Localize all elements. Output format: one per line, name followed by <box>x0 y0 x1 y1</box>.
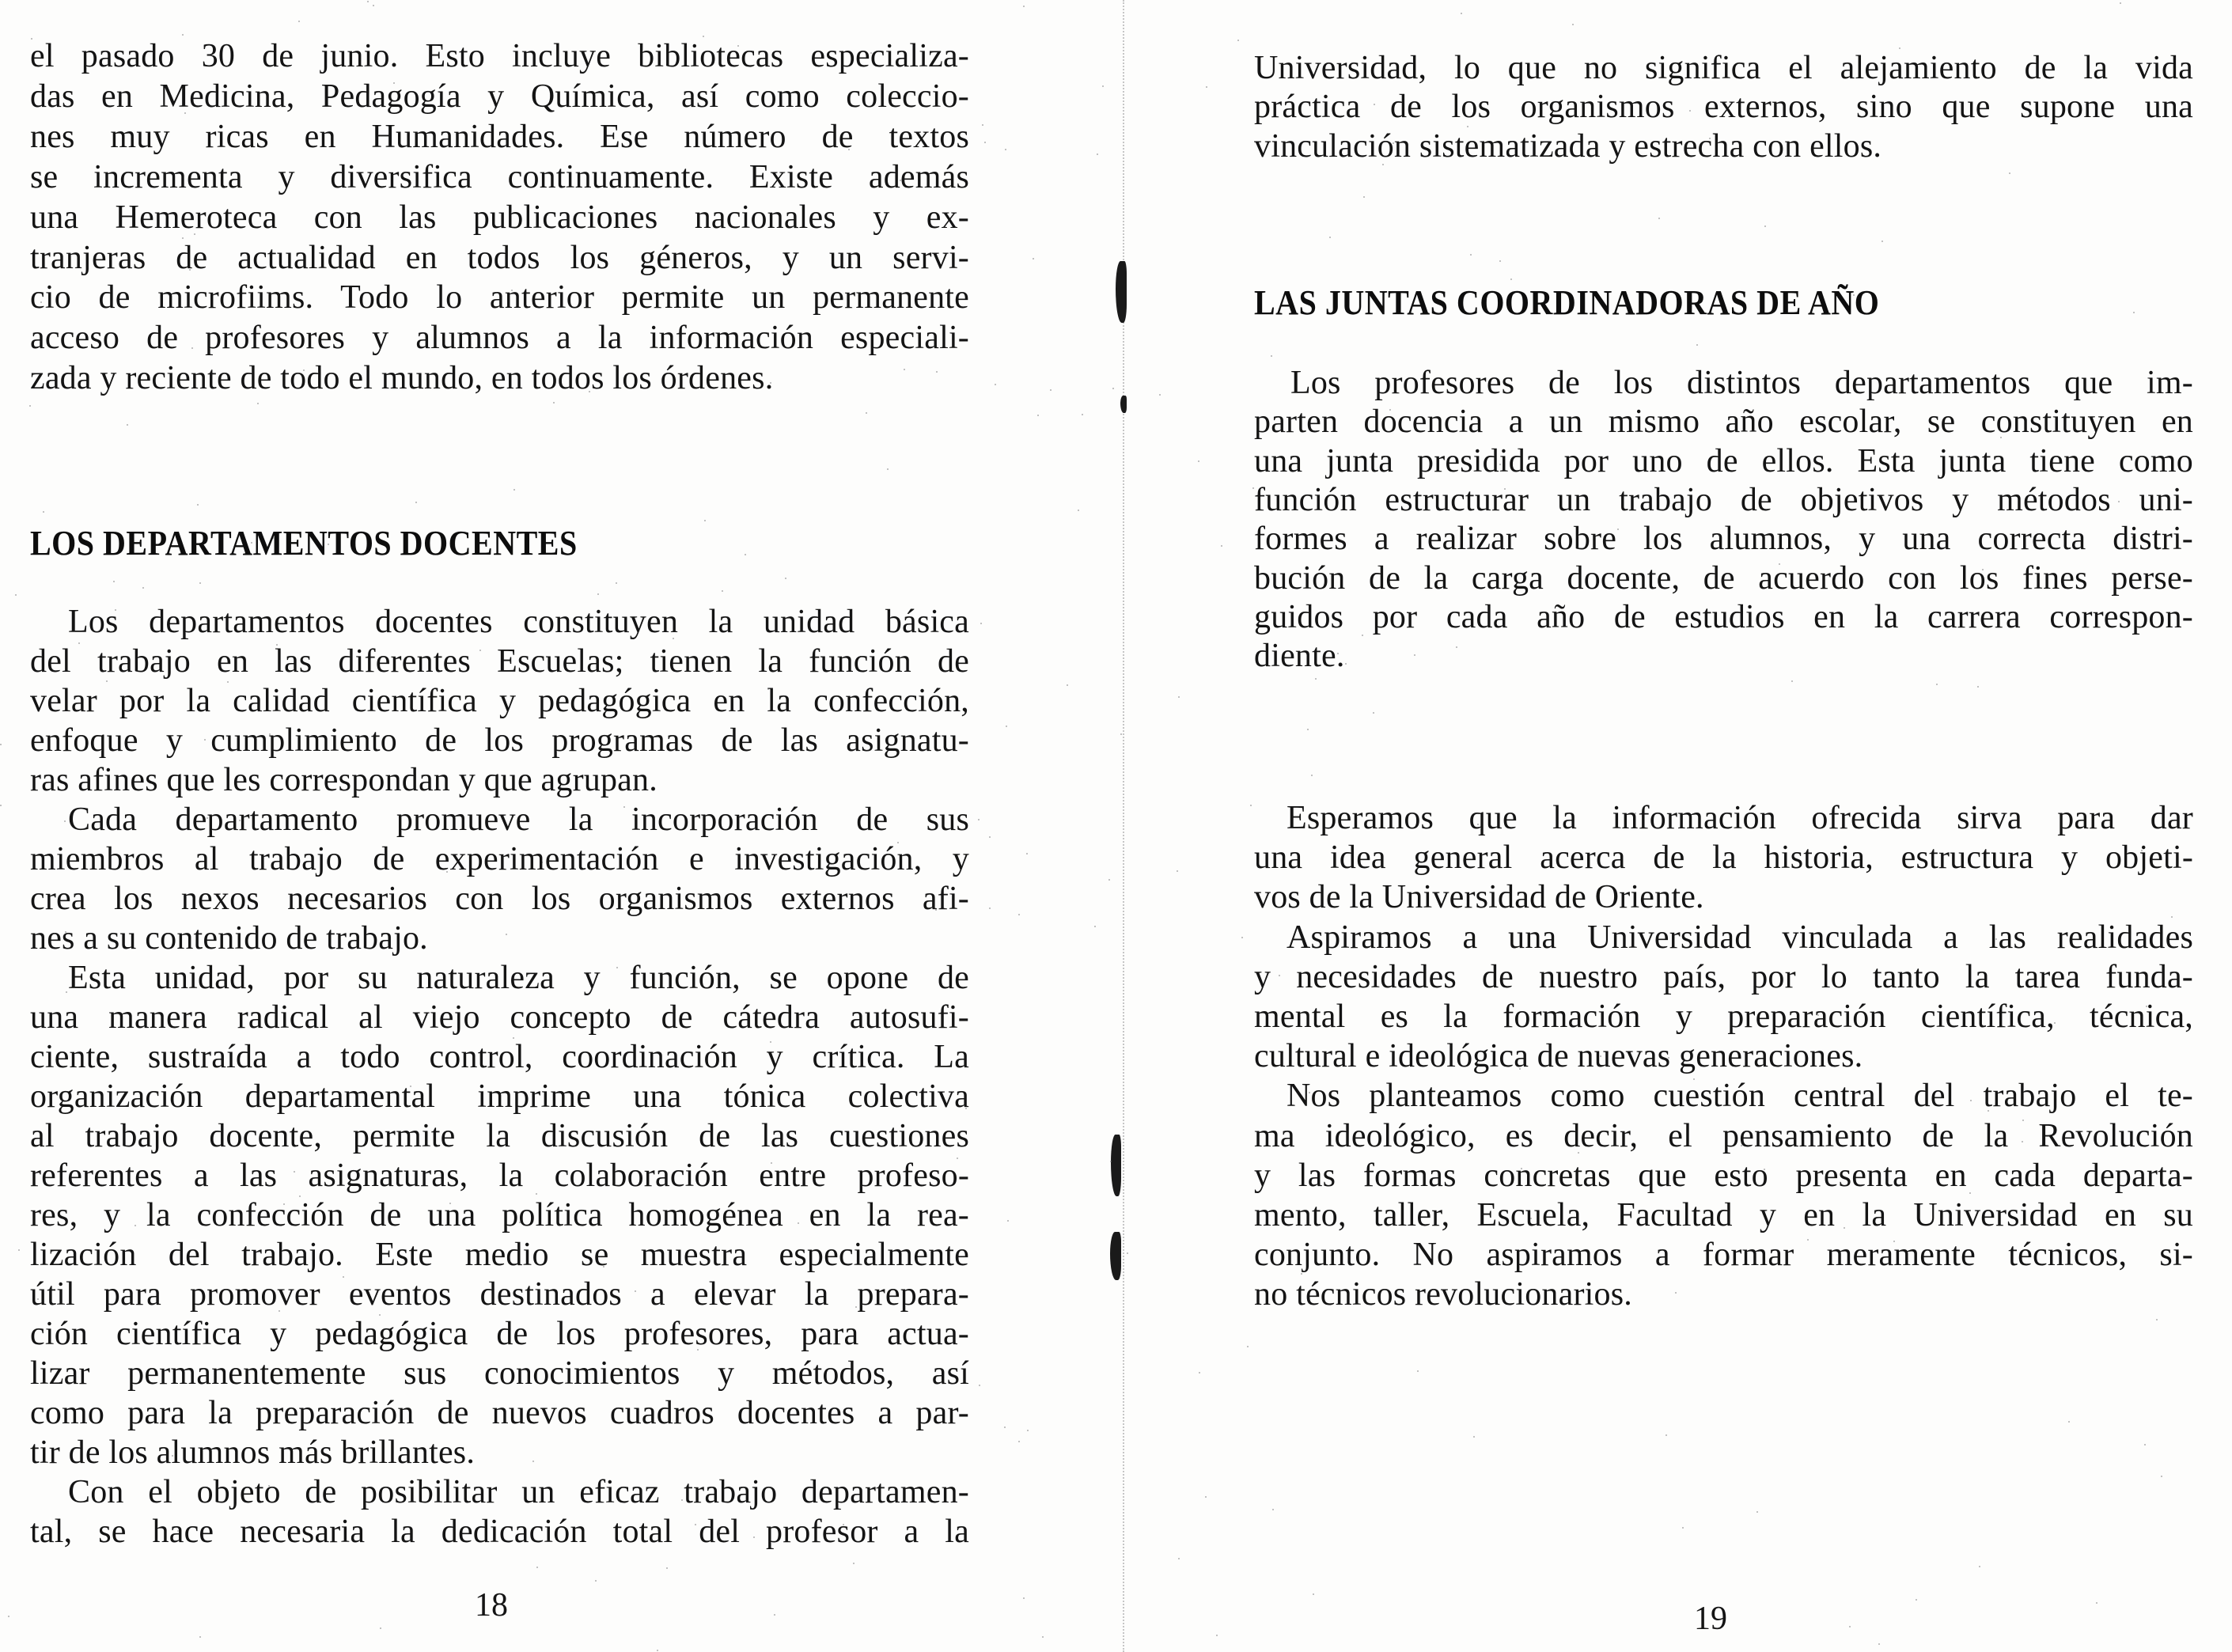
page-number: 19 <box>1663 1599 1758 1639</box>
text-line: referentes a las asignaturas, la colabor… <box>30 1156 969 1195</box>
text-line: cio de microfiims. Todo lo anterior perm… <box>30 278 969 317</box>
text-line: cultural e ideológica de nuevas generaci… <box>1254 1036 2193 1076</box>
text-line: tranjeras de actualidad en todos los gén… <box>30 238 969 278</box>
text-line: Con el objeto de posibilitar un eficaz t… <box>68 1472 969 1512</box>
text-line: Los departamentos docentes constituyen l… <box>68 602 969 642</box>
text-line: lización del trabajo. Este medio se mues… <box>30 1235 969 1275</box>
text-line: crea los nexos necesarios con los organi… <box>30 879 969 919</box>
text-line: ras afines que les correspondan y que ag… <box>30 760 969 800</box>
text-line: Esperamos que la información ofrecida si… <box>1287 798 2193 838</box>
text-line: das en Medicina, Pedagogía y Química, as… <box>30 77 969 116</box>
page-right: Universidad, lo que no significa el alej… <box>1116 0 2232 1652</box>
text-line: diente. <box>1254 636 2193 676</box>
text-line: ma ideológico, es decir, el pensamiento … <box>1254 1116 2193 1156</box>
text-line: una idea general acerca de la historia, … <box>1254 838 2193 877</box>
text-line: res, y la confección de una política hom… <box>30 1195 969 1235</box>
text-line: bución de la carga docente, de acuerdo c… <box>1254 559 2193 598</box>
section-heading: LOS DEPARTAMENTOS DOCENTES <box>30 521 578 565</box>
text-line: y las formas concretas que esto presenta… <box>1254 1156 2193 1195</box>
page-number: 18 <box>444 1586 539 1625</box>
text-line: lizar permanentemente sus conocimientos … <box>30 1354 969 1393</box>
text-line: el pasado 30 de junio. Esto incluye bibl… <box>30 36 969 76</box>
text-line: una manera radical al viejo concepto de … <box>30 998 969 1037</box>
text-line: Los profesores de los distintos departam… <box>1290 363 2193 403</box>
text-line: guidos por cada año de estudios en la ca… <box>1254 597 2193 637</box>
text-line: Cada departamento promueve la incorporac… <box>68 800 969 839</box>
text-line: Esta unidad, por su naturaleza y función… <box>68 958 969 998</box>
text-line: del trabajo en las diferentes Escuelas; … <box>30 642 969 681</box>
text-line: velar por la calidad científica y pedagó… <box>30 681 969 721</box>
text-line: ción científica y pedagógica de los prof… <box>30 1314 969 1354</box>
text-line: práctica de los organismos externos, sin… <box>1254 87 2193 127</box>
text-line: se incrementa y diversifica continuament… <box>30 157 969 197</box>
text-line: nes a su contenido de trabajo. <box>30 919 969 958</box>
text-line: conjunto. No aspiramos a formar merament… <box>1254 1235 2193 1275</box>
page-left: el pasado 30 de junio. Esto incluye bibl… <box>0 0 1116 1652</box>
text-line: como para la preparación de nuevos cuadr… <box>30 1393 969 1433</box>
text-line: Nos planteamos como cuestión central del… <box>1287 1076 2193 1116</box>
section-heading: LAS JUNTAS COORDINADORAS DE AÑO <box>1254 280 1879 324</box>
text-line: enfoque y cumplimiento de los programas … <box>30 721 969 760</box>
text-line: tir de los alumnos más brillantes. <box>30 1433 969 1472</box>
text-line: acceso de profesores y alumnos a la info… <box>30 318 969 358</box>
text-line: nes muy ricas en Humanidades. Ese número… <box>30 117 969 157</box>
text-line: vos de la Universidad de Oriente. <box>1254 877 2193 917</box>
text-line: y necesidades de nuestro país, por lo ta… <box>1254 957 2193 997</box>
book-spread: el pasado 30 de junio. Esto incluye bibl… <box>0 0 2232 1652</box>
text-line: Universidad, lo que no significa el alej… <box>1254 48 2193 88</box>
text-line: mental es la formación y preparación cie… <box>1254 997 2193 1036</box>
text-line: miembros al trabajo de experimentación e… <box>30 839 969 879</box>
text-line: parten docencia a un mismo año escolar, … <box>1254 402 2193 441</box>
text-line: vinculación sistematizada y estrecha con… <box>1254 127 2193 166</box>
text-line: una junta presidida por uno de ellos. Es… <box>1254 441 2193 481</box>
text-line: zada y reciente de todo el mundo, en tod… <box>30 358 969 398</box>
text-line: útil para promover eventos destinados a … <box>30 1275 969 1314</box>
text-line: mento, taller, Escuela, Facultad y en la… <box>1254 1195 2193 1235</box>
text-line: Aspiramos a una Universidad vinculada a … <box>1287 918 2193 957</box>
text-line: al trabajo docente, permite la discusión… <box>30 1116 969 1156</box>
text-line: una Hemeroteca con las publicaciones nac… <box>30 198 969 237</box>
text-line: no técnicos revolucionarios. <box>1254 1275 2193 1314</box>
text-line: formes a realizar sobre los alumnos, y u… <box>1254 519 2193 559</box>
text-line: organización departamental imprime una t… <box>30 1077 969 1116</box>
text-line: ciente, sustraída a todo control, coordi… <box>30 1037 969 1077</box>
text-line: función estructurar un trabajo de objeti… <box>1254 480 2193 520</box>
text-line: tal, se hace necesaria la dedicación tot… <box>30 1512 969 1552</box>
